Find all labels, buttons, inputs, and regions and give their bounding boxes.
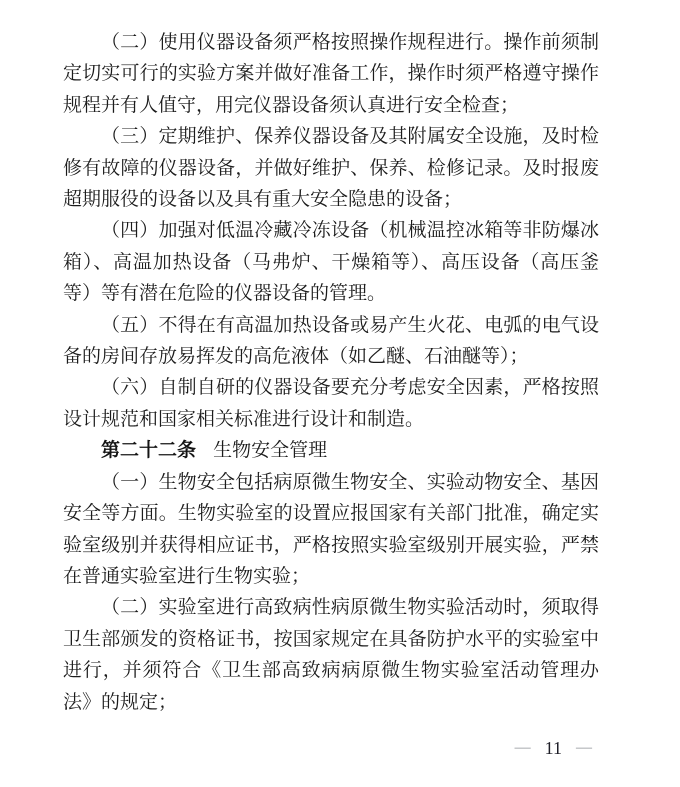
paragraph: （四）加强对低温冷藏冷冻设备（机械温控冰箱等非防爆冰箱）、高温加热设备（马弗炉、… [63, 215, 599, 309]
document-page: （二）使用仪器设备须严格按照操作规程进行。操作前须制定切实可行的实验方案并做好准… [0, 0, 680, 787]
footer-dash-left: — [515, 737, 531, 759]
paragraph: （二）实验室进行高致病性病原微生物实验活动时，须取得卫生部颁发的资格证书，按国家… [63, 592, 599, 718]
article-number: 第二十二条 [101, 440, 196, 461]
paragraph: （六）自制自研的仪器设备要充分考虑安全因素，严格按照设计规范和国家相关标准进行设… [63, 372, 599, 435]
paragraph: （五）不得在有高温加热设备或易产生火花、电弧的电气设备的房间存放易挥发的高危液体… [63, 310, 599, 373]
page-footer: — 11 — [515, 737, 592, 759]
page-number: 11 [545, 737, 562, 759]
article-title: 生物安全管理 [213, 440, 327, 461]
document-body: （二）使用仪器设备须严格按照操作规程进行。操作前须制定切实可行的实验方案并做好准… [63, 27, 599, 718]
footer-dash-right: — [576, 737, 592, 759]
paragraph: （三）定期维护、保养仪器设备及其附属安全设施，及时检修有故障的仪器设备，并做好维… [63, 121, 599, 215]
article-heading: 第二十二条生物安全管理 [63, 435, 599, 466]
paragraph: （二）使用仪器设备须严格按照操作规程进行。操作前须制定切实可行的实验方案并做好准… [63, 27, 599, 121]
paragraph: （一）生物安全包括病原微生物安全、实验动物安全、基因安全等方面。生物实验室的设置… [63, 467, 599, 593]
